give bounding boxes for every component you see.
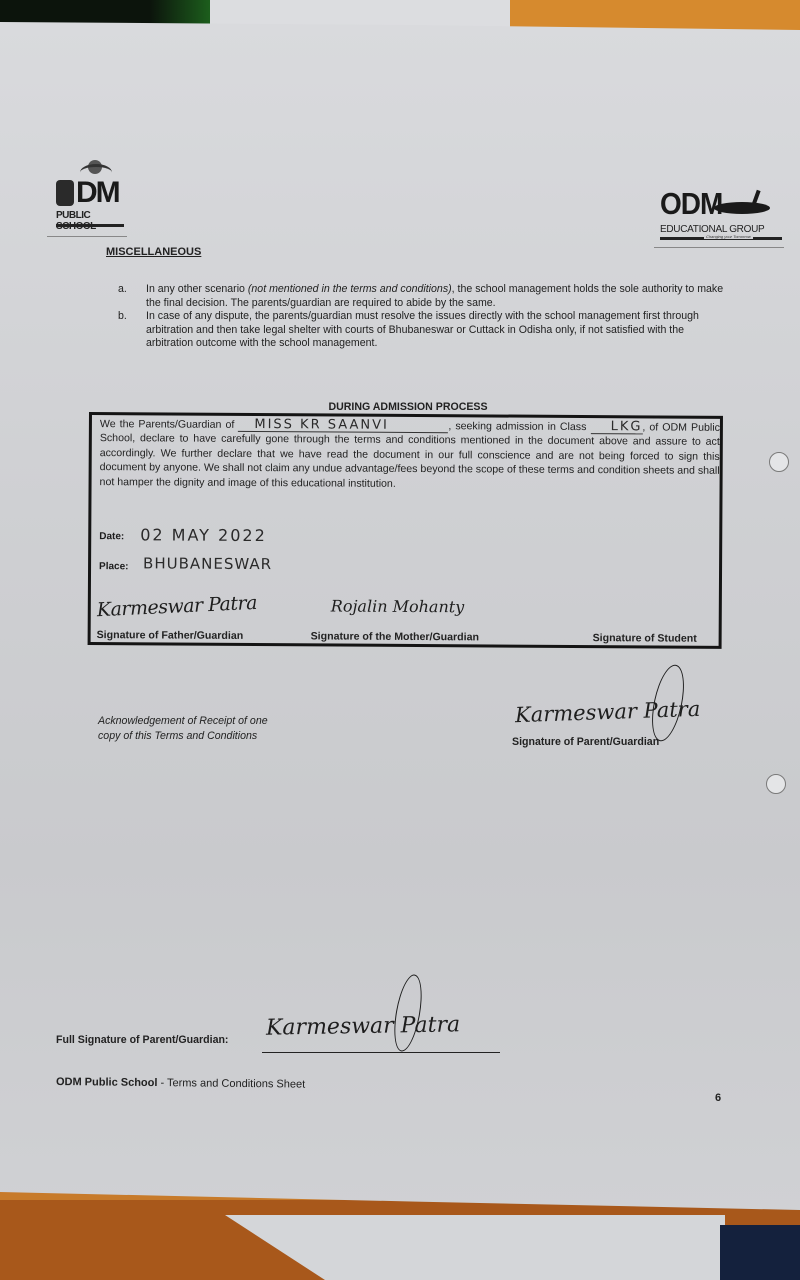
place-label: Place:	[99, 561, 129, 572]
odm-educational-group-logo: ODM EDUCATIONAL GROUP Changing your Tomo…	[658, 188, 788, 248]
punch-hole-icon	[769, 452, 789, 472]
punch-hole-icon	[766, 774, 786, 794]
mother-signature: Rojalin Mohanty	[331, 596, 465, 616]
declaration-text-part: , seeking admission in Class	[448, 420, 590, 433]
place-value: BHUBANESWAR	[143, 554, 272, 573]
logo-subtitle: PUBLIC SCHOOL	[56, 210, 126, 232]
full-signature: Karmeswar Patra	[266, 1012, 461, 1040]
odm-public-school-logo: DM PUBLIC SCHOOL	[56, 160, 126, 236]
document-page: DM PUBLIC SCHOOL ODM EDUCATIONAL GROUP C…	[0, 0, 800, 1280]
father-signature: Karmeswar Patra	[96, 592, 257, 621]
admission-section-title: DURING ADMISSION PROCESS	[8, 401, 800, 413]
item-text: In case of any dispute, the parents/guar…	[146, 310, 699, 349]
declaration-text-part: We the Parents/Guardian of	[100, 418, 239, 431]
list-marker: b.	[118, 310, 127, 324]
acknowledgement-line: copy of this Terms and Conditions	[98, 729, 268, 744]
logo-mark: DM	[56, 176, 119, 210]
mother-signature-label: Signature of the Mother/Guardian	[311, 630, 479, 643]
signature-line	[262, 1052, 500, 1053]
logo-tagline: Changing your Tomorrow	[704, 234, 753, 239]
miscellaneous-list: a. In any other scenario (not mentioned …	[118, 283, 726, 351]
logo-divider	[654, 247, 784, 248]
footer-separator: -	[157, 1077, 167, 1089]
surfer-wave-icon	[714, 202, 770, 214]
page-number: 6	[715, 1092, 721, 1104]
date-value: 02 MAY 2022	[140, 525, 267, 545]
student-name-field: MISS KR SAANVI	[238, 419, 448, 433]
list-item: b. In case of any dispute, the parents/g…	[118, 310, 726, 351]
page-footer: ODM Public School - Terms and Conditions…	[56, 1076, 305, 1091]
admission-declaration-box: We the Parents/Guardian of MISS KR SAANV…	[88, 412, 723, 649]
logo-underline	[56, 224, 124, 227]
declaration-text: We the Parents/Guardian of MISS KR SAANV…	[100, 417, 720, 493]
logo-divider	[47, 236, 127, 237]
item-text-italic: (not mentioned in the terms and conditio…	[248, 283, 452, 295]
logo-mark: ODM	[660, 186, 722, 221]
full-signature-label: Full Signature of Parent/Guardian:	[56, 1034, 228, 1046]
list-item: a. In any other scenario (not mentioned …	[118, 283, 726, 310]
class-field: LKG	[590, 421, 642, 434]
acknowledgement-text: Acknowledgement of Receipt of one copy o…	[98, 714, 268, 744]
student-signature-label: Signature of Student	[593, 632, 697, 645]
date-label: Date:	[99, 531, 124, 542]
parent-signature-label: Signature of Parent/Guardian	[512, 736, 659, 748]
acknowledgement-line: Acknowledgement of Receipt of one	[98, 714, 268, 729]
section-title: MISCELLANEOUS	[106, 246, 201, 258]
item-text: In any other scenario	[146, 283, 248, 295]
list-marker: a.	[118, 283, 127, 297]
footer-title: Terms and Conditions Sheet	[167, 1077, 305, 1090]
footer-school: ODM Public School	[56, 1076, 158, 1089]
father-signature-label: Signature of Father/Guardian	[97, 629, 244, 642]
